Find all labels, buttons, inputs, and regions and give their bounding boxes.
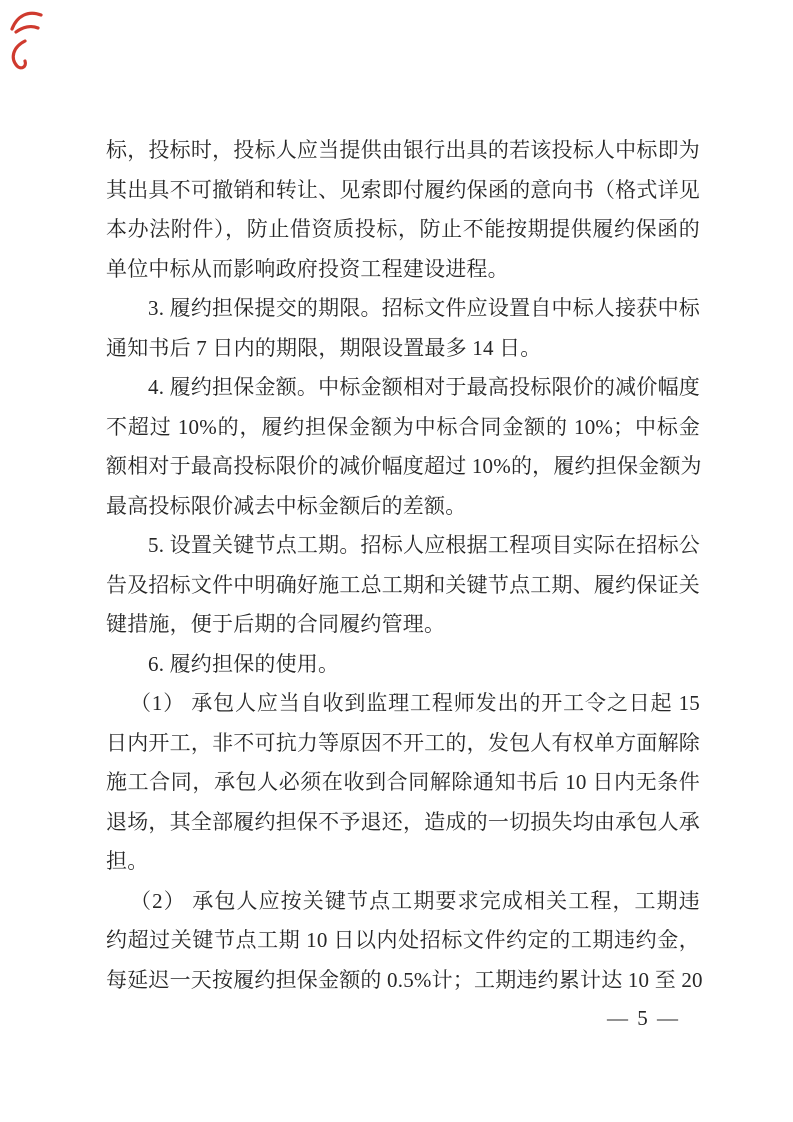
- document-line: 3. 履约担保提交的期限。招标文件应设置自中标人接获中标: [106, 289, 700, 329]
- red-pen-mark-bottom: [13, 41, 25, 68]
- document-line: 施工合同，承包人必须在收到合同解除通知书后 10 日内无条件: [106, 763, 700, 803]
- document-line: 4. 履约担保金额。中标金额相对于最高投标限价的减价幅度: [106, 368, 700, 408]
- document-line: （2） 承包人应按关键节点工期要求完成相关工程，工期违: [106, 882, 700, 922]
- document-line: 告及招标文件中明确好施工总工期和关键节点工期、履约保证关: [106, 566, 700, 606]
- document-line: 5. 设置关键节点工期。招标人应根据工程项目实际在招标公: [106, 526, 700, 566]
- document-line: 6. 履约担保的使用。: [106, 645, 700, 685]
- document-line: 退场，其全部履约担保不予退还，造成的一切损失均由承包人承: [106, 803, 700, 843]
- document-line: 每延迟一天按履约担保金额的 0.5%计；工期违约累计达 10 至 20: [106, 961, 700, 1001]
- document-line: 日内开工，非不可抗力等原因不开工的，发包人有权单方面解除: [106, 724, 700, 764]
- document-line: 约超过关键节点工期 10 日以内处招标文件约定的工期违约金，: [106, 921, 700, 961]
- document-line: 标，投标时，投标人应当提供由银行出具的若该投标人中标即为: [106, 131, 700, 171]
- document-line: 通知书后 7 日内的期限，期限设置最多 14 日。: [106, 329, 700, 369]
- page-number: — 5 —: [607, 1004, 680, 1032]
- document-page: 标，投标时，投标人应当提供由银行出具的若该投标人中标即为其出具不可撤销和转让、见…: [0, 0, 793, 1122]
- document-line: （1） 承包人应当自收到监理工程师发出的开工令之日起 15: [106, 684, 700, 724]
- document-line: 不超过 10%的，履约担保金额为中标合同金额的 10%；中标金: [106, 408, 700, 448]
- document-body: 标，投标时，投标人应当提供由银行出具的若该投标人中标即为其出具不可撤销和转让、见…: [106, 131, 700, 1000]
- document-line: 本办法附件），防止借资质投标，防止不能按期提供履约保函的: [106, 210, 700, 250]
- document-line: 额相对于最高投标限价的减价幅度超过 10%的，履约担保金额为: [106, 447, 700, 487]
- red-pen-marks-icon: [2, 4, 52, 74]
- red-pen-mark-top-2: [16, 27, 38, 32]
- document-line: 其出具不可撤销和转让、见索即付履约保函的意向书（格式详见: [106, 171, 700, 211]
- document-line: 单位中标从而影响政府投资工程建设进程。: [106, 250, 700, 290]
- document-line: 最高投标限价减去中标金额后的差额。: [106, 487, 700, 527]
- document-line: 键措施，便于后期的合同履约管理。: [106, 605, 700, 645]
- document-line: 担。: [106, 842, 700, 882]
